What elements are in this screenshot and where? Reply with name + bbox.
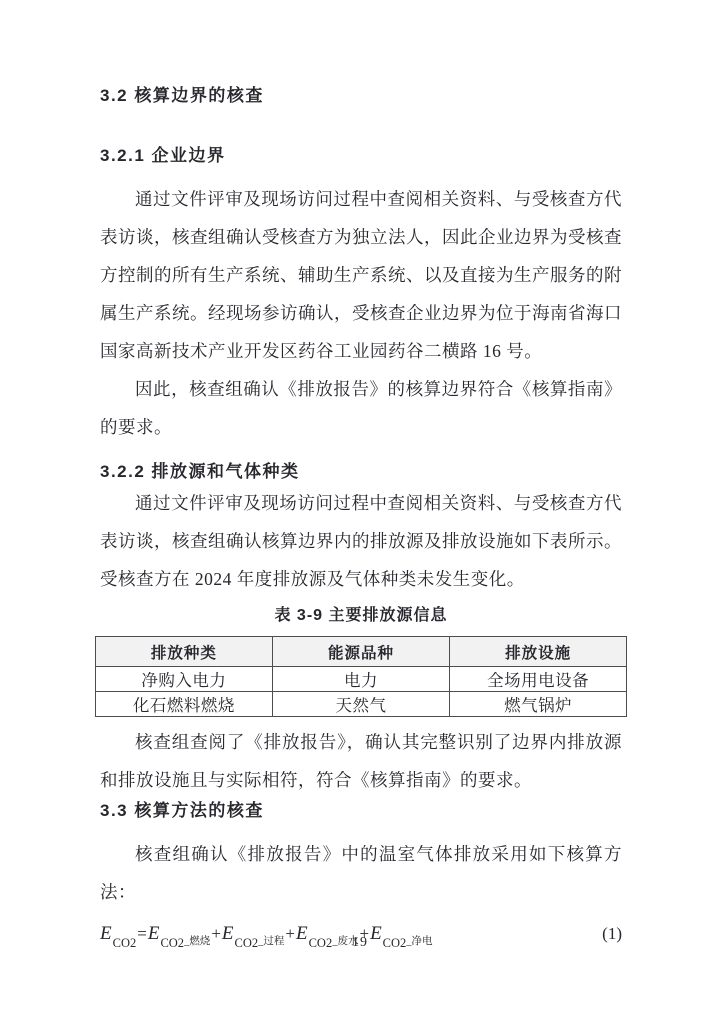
table-header-energy-type: 能源品种 xyxy=(272,637,449,667)
heading-3-2-1: 3.2.1 企业边界 xyxy=(100,144,622,168)
paragraph-emission-sources: 通过文件评审及现场访问过程中查阅相关资料、与受核查方代表访谈，核查组确认核算边界… xyxy=(100,484,622,598)
heading-3-2: 3.2 核算边界的核查 xyxy=(100,84,622,108)
paragraph-table-conclusion: 核查组查阅了《排放报告》，确认其完整识别了边界内排放源和排放设施且与实际相符，符… xyxy=(100,723,622,799)
emission-source-table: 排放种类 能源品种 排放设施 净购入电力 电力 全场用电设备 化石燃料燃烧 天然… xyxy=(95,636,627,717)
table-cell: 净购入电力 xyxy=(95,667,272,692)
paragraph-method-intro: 核查组确认《排放报告》中的温室气体排放采用如下核算方法： xyxy=(100,835,622,911)
table-row: 化石燃料燃烧 天然气 燃气锅炉 xyxy=(95,692,626,717)
table-header-row: 排放种类 能源品种 排放设施 xyxy=(95,637,626,667)
table-row: 净购入电力 电力 全场用电设备 xyxy=(95,667,626,692)
table-cell: 电力 xyxy=(272,667,449,692)
table-cell: 全场用电设备 xyxy=(450,667,627,692)
paragraph-enterprise-boundary: 通过文件评审及现场访问过程中查阅相关资料、与受核查方代表访谈，核查组确认受核查方… xyxy=(100,180,622,370)
table-cell: 燃气锅炉 xyxy=(450,692,627,717)
page-number: 19 xyxy=(0,935,720,951)
paragraph-boundary-conclusion: 因此，核查组确认《排放报告》的核算边界符合《核算指南》的要求。 xyxy=(100,370,622,446)
heading-3-3: 3.3 核算方法的核查 xyxy=(100,799,622,823)
table-cell: 化石燃料燃烧 xyxy=(95,692,272,717)
table-cell: 天然气 xyxy=(272,692,449,717)
table-header-emission-type: 排放种类 xyxy=(95,637,272,667)
table-header-emission-facility: 排放设施 xyxy=(450,637,627,667)
heading-3-2-2: 3.2.2 排放源和气体种类 xyxy=(100,460,622,484)
document-page: 3.2 核算边界的核查 3.2.1 企业边界 通过文件评审及现场访问过程中查阅相… xyxy=(0,0,720,1018)
table-caption: 表 3-9 主要排放源信息 xyxy=(100,604,622,628)
